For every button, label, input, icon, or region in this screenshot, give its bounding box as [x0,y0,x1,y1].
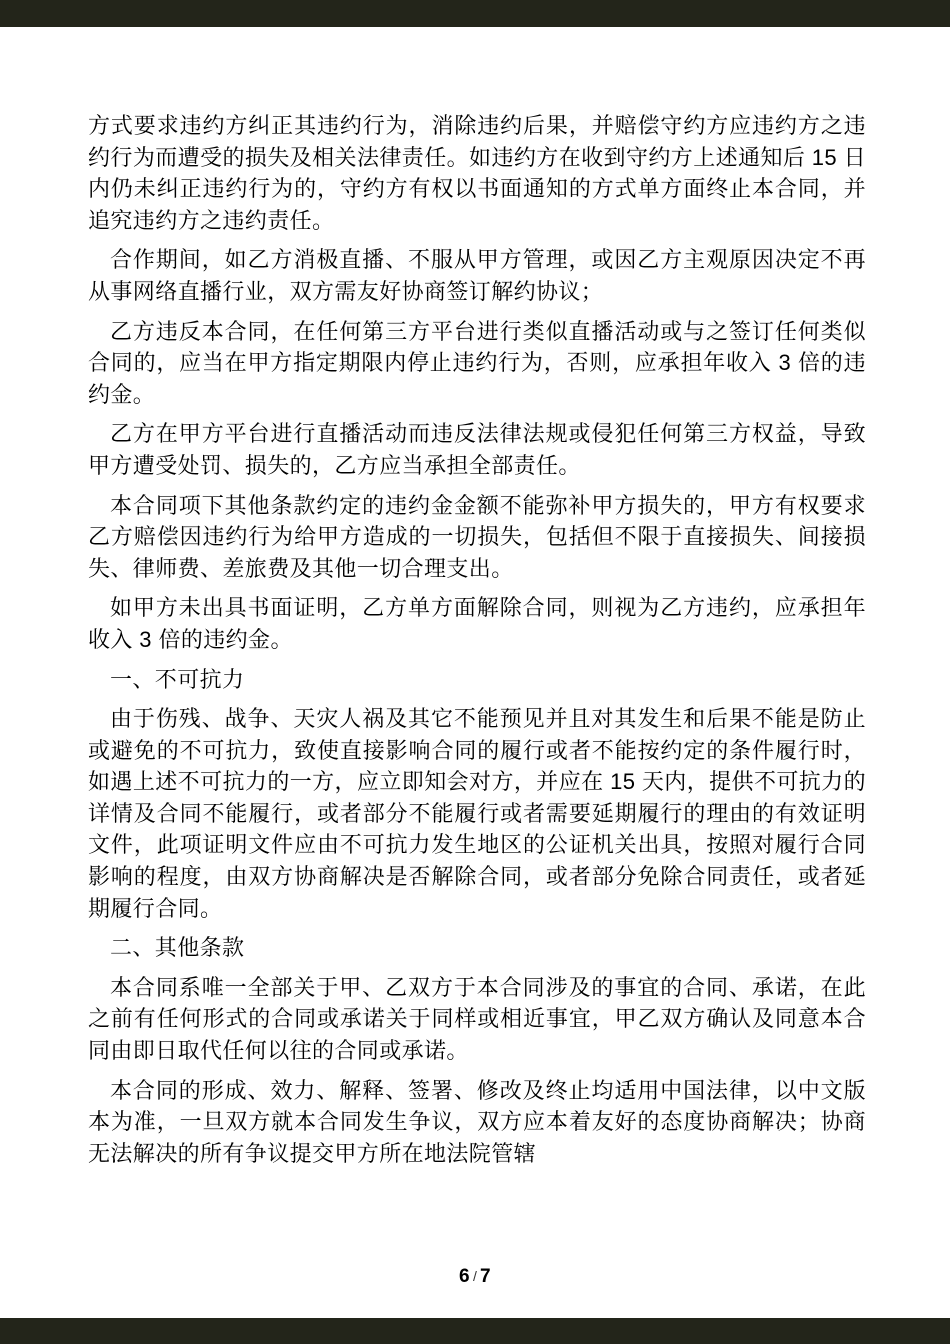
paragraph-damages-compensation: 本合同项下其他条款约定的违约金金额不能弥补甲方损失的，甲方有权要求乙方赔偿因违约… [88,490,866,585]
page-number-separator: / [470,1268,480,1284]
page-gap-bar-bottom [0,1318,950,1344]
paragraph-cooperation-period: 合作期间，如乙方消极直播、不服从甲方管理，或因乙方主观原因决定不再从事网络直播行… [88,244,866,307]
paragraph-force-majeure-detail: 由于伤残、战争、天灾人祸及其它不能预见并且对其发生和后果不能是防止或避免的不可抗… [88,703,866,924]
page-gap-bar-top [0,0,950,27]
paragraph-legal-violation-liability: 乙方在甲方平台进行直播活动而违反法律法规或侵犯任何第三方权益，导致甲方遭受处罚、… [88,418,866,481]
paragraph-governing-law: 本合同的形成、效力、解释、签署、修改及终止均适用中国法律，以中文版本为准，一旦双… [88,1075,866,1170]
page-number: 6/7 [0,1266,950,1288]
page-number-total: 7 [480,1266,491,1287]
paragraph-third-party-platform: 乙方违反本合同，在任何第三方平台进行类似直播活动或与之签订任何类似合同的，应当在… [88,316,866,411]
heading-force-majeure: 一、不可抗力 [88,664,866,696]
paragraph-entire-agreement: 本合同系唯一全部关于甲、乙双方于本合同涉及的事宜的合同、承诺，在此之前有任何形式… [88,972,866,1067]
page-number-current: 6 [459,1266,470,1287]
document-page-body: 方式要求违约方纠正其违约行为，消除违约后果，并赔偿守约方应违约方之违约行为而遭受… [88,110,866,1177]
heading-other-terms: 二、其他条款 [88,932,866,964]
paragraph-unilateral-termination: 如甲方未出具书面证明，乙方单方面解除合同，则视为乙方违约，应承担年收入 3 倍的… [88,592,866,655]
paragraph-breach-remedy: 方式要求违约方纠正其违约行为，消除违约后果，并赔偿守约方应违约方之违约行为而遭受… [88,110,866,236]
